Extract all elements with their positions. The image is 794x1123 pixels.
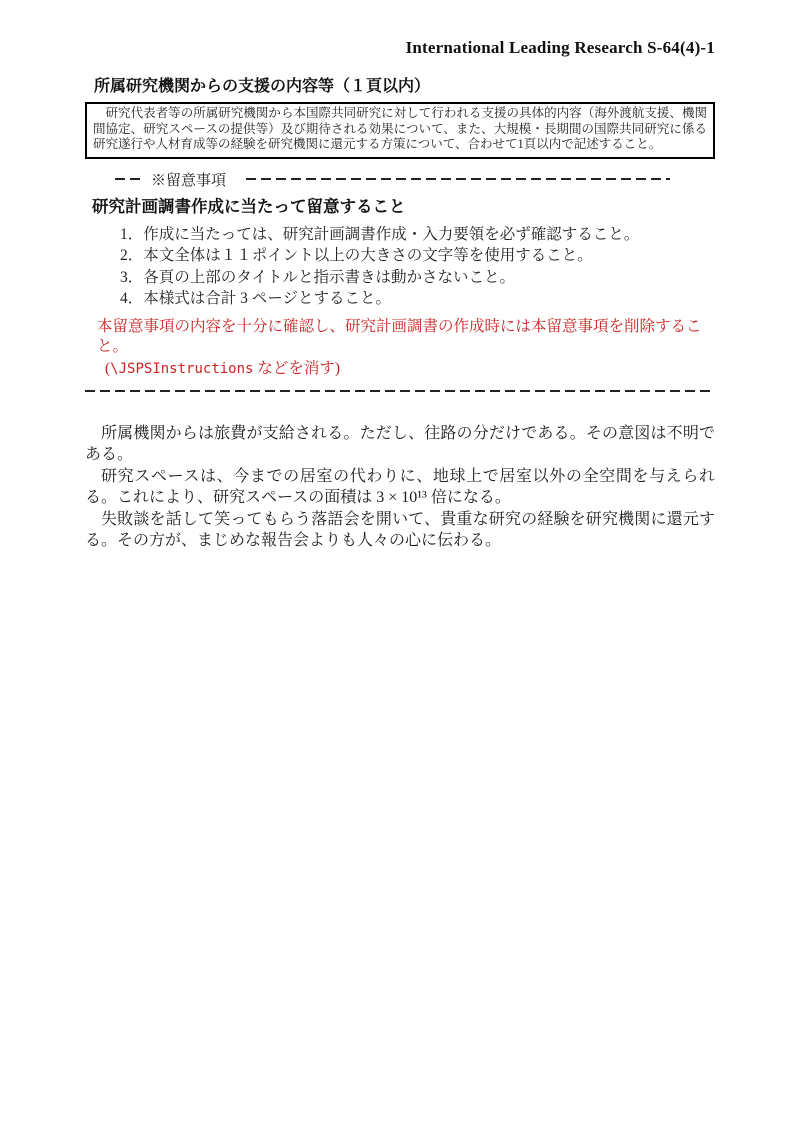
notes-list: 1．作成に当たっては、研究計画調書作成・入力要領を必ず確認すること。 2．本文全… (85, 224, 715, 310)
notes-divider: ※留意事項 (85, 171, 715, 188)
latex-command-code: \JSPSInstructions (110, 361, 253, 377)
note-item-3: 3．各頁の上部のタイトルと指示書きは動かさないこと。 (120, 267, 715, 289)
red-warning-line: 本留意事項の内容を十分に確認し、研究計画調書の作成時には本留意事項を削除すること… (85, 317, 715, 357)
notes-heading: 研究計画調書作成に当たって留意すること (85, 193, 715, 217)
note-item-1: 1．作成に当たっては、研究計画調書作成・入力要領を必ず確認すること。 (120, 224, 715, 246)
section-end-divider (85, 390, 715, 392)
divider-dash-left (115, 178, 142, 180)
document-page: International Leading Research S-64(4)-1… (0, 0, 794, 1123)
red-warning-instruction: (\JSPSInstructions などを消す) (85, 359, 715, 379)
divider-dash-right (246, 178, 670, 180)
section-title: 所属研究機関からの支援の内容等（１頁以内） (85, 73, 715, 96)
document-code-header: International Leading Research S-64(4)-1 (85, 38, 715, 58)
body-paragraph-3: 失敗談を話して笑ってもらう落語会を開いて、貴重な研究の経験を研究機関に還元する。… (85, 509, 715, 552)
instruction-box: 研究代表者等の所属研究機関から本国際共同研究に対して行われる支援の具体的内容（海… (85, 102, 715, 159)
notes-divider-label: ※留意事項 (151, 169, 226, 190)
note-item-2: 2．本文全体は１１ポイント以上の大きさの文字等を使用すること。 (120, 245, 715, 267)
page-content: International Leading Research S-64(4)-1… (85, 0, 715, 552)
body-paragraph-2: 研究スペースは、今までの居室の代わりに、地球上で居室以外の全空間を与えられる。こ… (85, 466, 715, 509)
body-paragraph-1: 所属機関からは旅費が支給される。ただし、往路の分だけである。その意図は不明である… (85, 423, 715, 466)
warning-paren-rest: などを消す) (253, 360, 340, 377)
note-item-4: 4．本様式は合計 3 ページとすること。 (120, 288, 715, 310)
body-text: 所属機関からは旅費が支給される。ただし、往路の分だけである。その意図は不明である… (85, 423, 715, 552)
